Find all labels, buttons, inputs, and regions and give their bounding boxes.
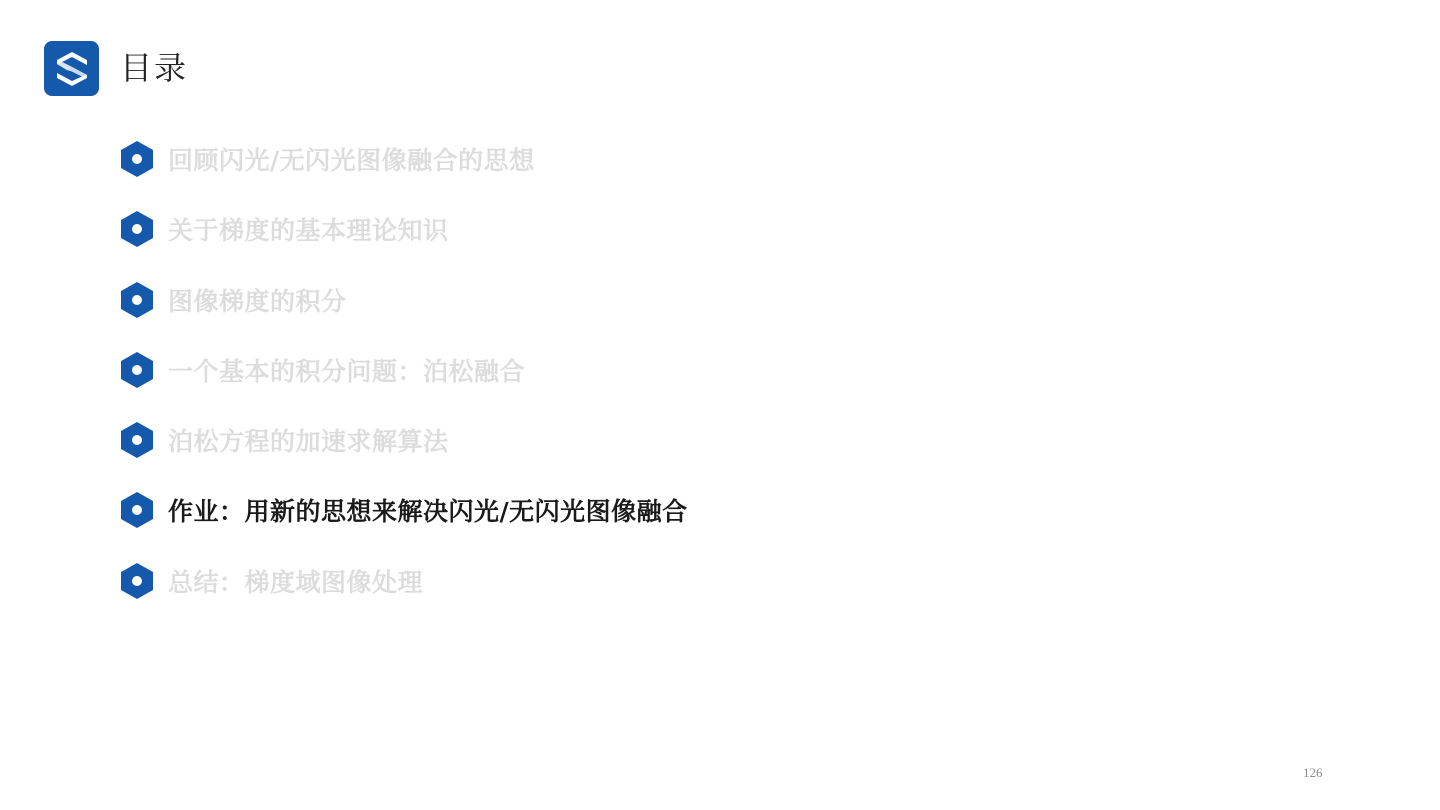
toc-item-7[interactable]: 总结：梯度域图像处理 xyxy=(120,560,688,602)
s-logo-icon xyxy=(44,41,99,96)
toc-item-3[interactable]: 图像梯度的积分 xyxy=(120,279,688,321)
slide: 目录 回顾闪光/无闪光图像融合的思想 关于梯度的基本理论知识 图像梯度的积分 一… xyxy=(0,0,1440,810)
toc-item-5[interactable]: 泊松方程的加速求解算法 xyxy=(120,419,688,461)
hexagon-bullet-icon xyxy=(120,281,154,319)
toc-item-label: 图像梯度的积分 xyxy=(168,282,347,318)
table-of-contents: 回顾闪光/无闪光图像融合的思想 关于梯度的基本理论知识 图像梯度的积分 一个基本… xyxy=(120,138,688,630)
toc-item-label: 回顾闪光/无闪光图像融合的思想 xyxy=(168,141,535,177)
hexagon-bullet-icon xyxy=(120,140,154,178)
slide-header: 目录 xyxy=(44,41,188,96)
toc-item-2[interactable]: 关于梯度的基本理论知识 xyxy=(120,208,688,250)
hexagon-bullet-icon xyxy=(120,351,154,389)
page-number: 126 xyxy=(1303,765,1323,781)
hexagon-bullet-icon xyxy=(120,210,154,248)
toc-item-1[interactable]: 回顾闪光/无闪光图像融合的思想 xyxy=(120,138,688,180)
page-title: 目录 xyxy=(120,41,188,96)
toc-item-label: 总结：梯度域图像处理 xyxy=(168,563,423,599)
toc-item-label: 一个基本的积分问题：泊松融合 xyxy=(168,352,525,388)
hexagon-bullet-icon xyxy=(120,421,154,459)
toc-item-label: 作业：用新的思想来解决闪光/无闪光图像融合 xyxy=(168,492,688,528)
hexagon-bullet-icon xyxy=(120,491,154,529)
toc-item-label: 泊松方程的加速求解算法 xyxy=(168,422,449,458)
toc-item-label: 关于梯度的基本理论知识 xyxy=(168,211,449,247)
toc-item-4[interactable]: 一个基本的积分问题：泊松融合 xyxy=(120,349,688,391)
hexagon-bullet-icon xyxy=(120,562,154,600)
toc-item-6-active[interactable]: 作业：用新的思想来解决闪光/无闪光图像融合 xyxy=(120,489,688,531)
